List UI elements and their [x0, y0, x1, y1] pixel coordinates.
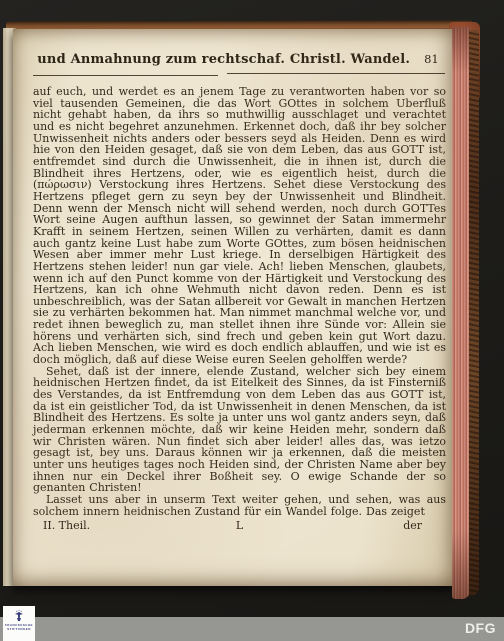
scan-viewport: und Anmahnung zum rechtschaf. Christl. W… [0, 0, 504, 641]
franckesche-stiftungen-eagle-icon [14, 609, 24, 622]
running-header: und Anmahnung zum rechtschaf. Christl. W… [33, 52, 443, 67]
paragraph: auf euch, und werdet es an jenem Tage zu… [33, 86, 446, 366]
header-rule-left [33, 75, 218, 76]
book-fore-edge [452, 27, 470, 599]
watermark-bar: DFG [0, 617, 504, 641]
volume-label: II. Theil. [43, 519, 90, 532]
book-fore-edge-outer [469, 30, 479, 596]
body-text: auf euch, und werdet es an jenem Tage zu… [33, 86, 446, 517]
dfg-logo: DFG [465, 620, 496, 636]
library-logo-box: FRANCKESCHE STIFTUNGEN [3, 606, 35, 641]
header-rule [33, 73, 445, 78]
book-page: und Anmahnung zum rechtschaf. Christl. W… [13, 29, 453, 586]
header-rule-right [227, 73, 445, 74]
signature-mark: L [236, 519, 243, 532]
page-footer: II. Theil. L der [33, 519, 446, 533]
running-header-title: und Anmahnung zum rechtschaf. Christl. W… [37, 52, 410, 67]
paragraph: Sehet, daß ist der innere, elende Zustan… [33, 366, 446, 494]
paragraph: Lasset uns aber in unserm Text weiter ge… [33, 494, 446, 517]
page-number: 81 [424, 52, 439, 66]
library-logo-text-line2: STIFTUNGEN [7, 628, 31, 632]
catchword: der [403, 519, 422, 532]
